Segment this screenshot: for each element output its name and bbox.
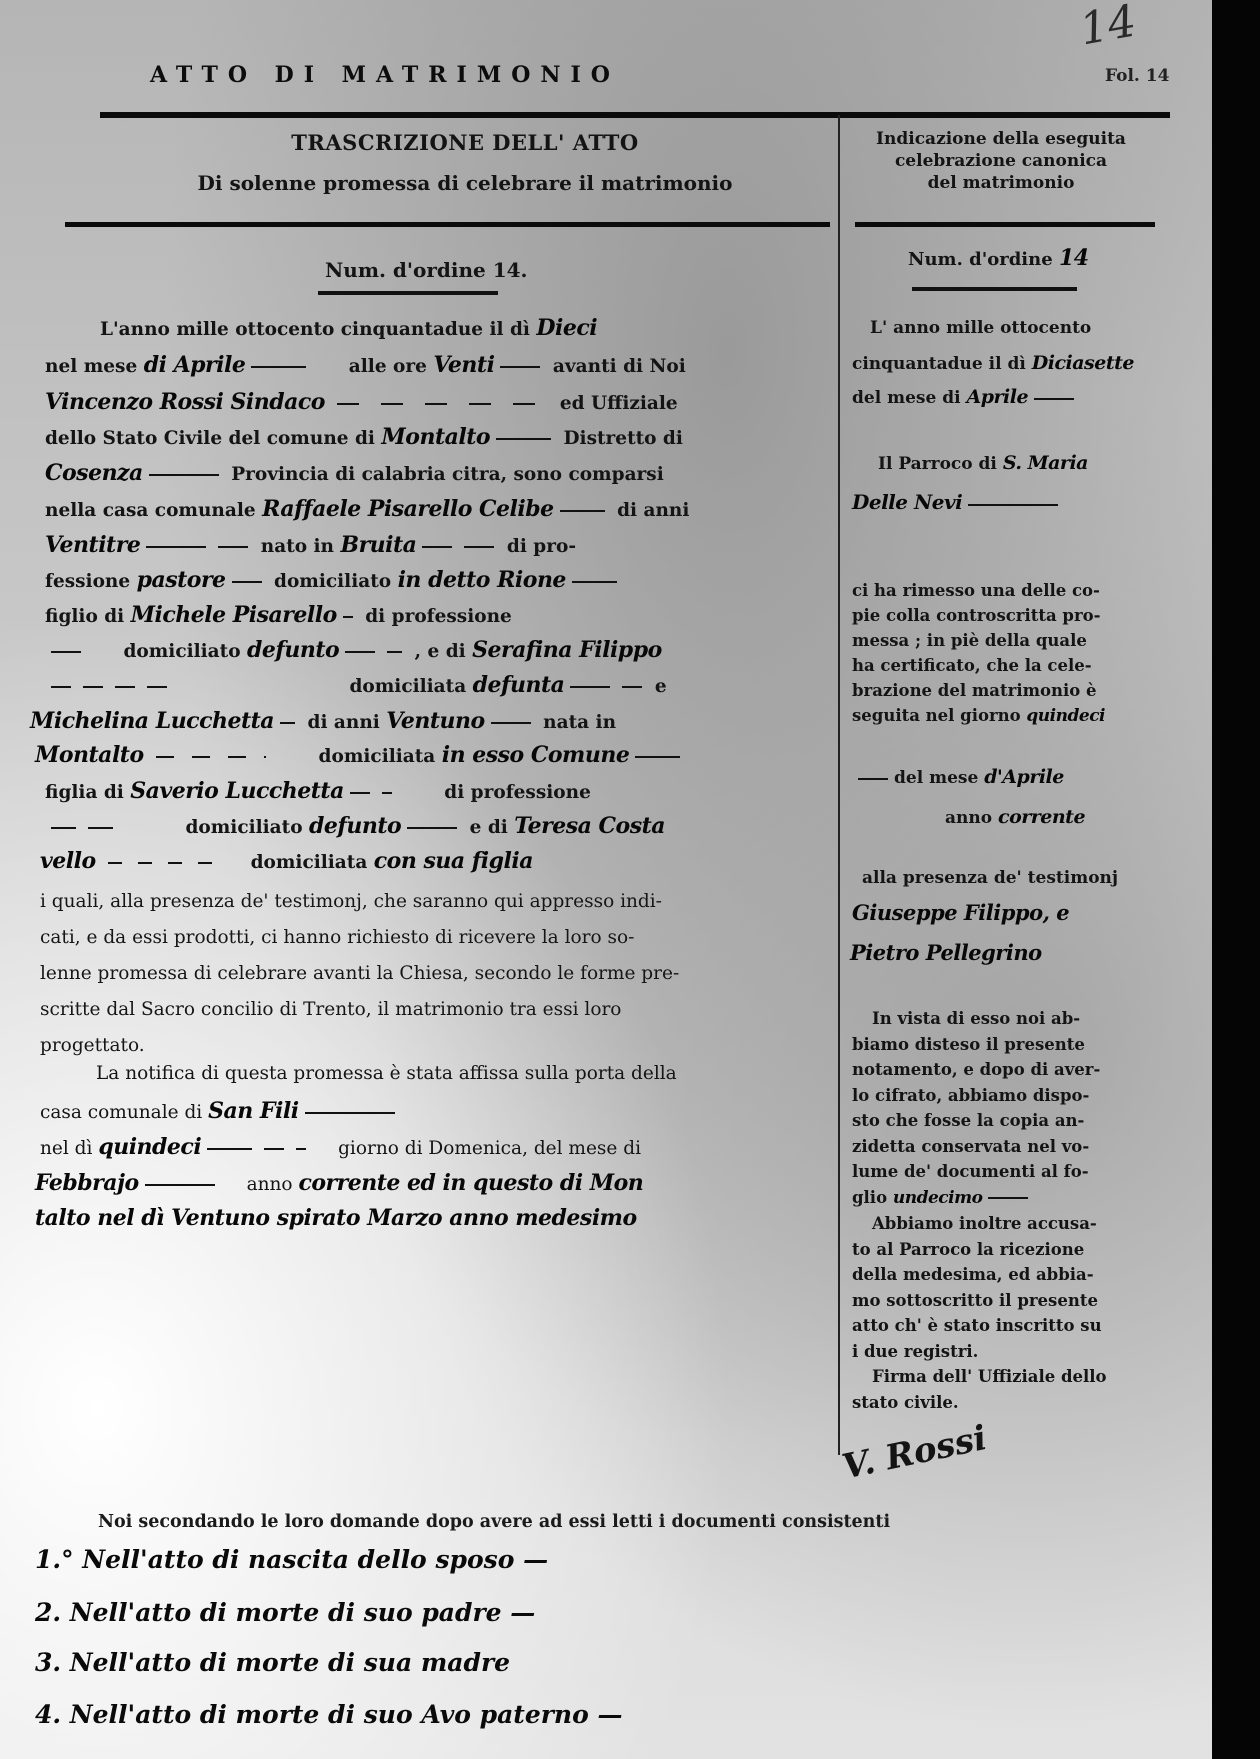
document-title: ATTO DI MATRIMONIO (150, 62, 620, 88)
handwritten-bride-residence: in esso Comune (442, 742, 630, 768)
handwritten-groom-profession: pastore (137, 567, 226, 593)
left-order-number: Num. d'ordine 14. (325, 258, 528, 282)
right-order-label: Num. d'ordine (908, 249, 1053, 270)
printed-text: domiciliata (319, 746, 436, 767)
paragraph-line: stato civile. (852, 1390, 1152, 1416)
right-order-number: Num. d'ordine 14 (908, 245, 1089, 271)
right-line-anno: anno corrente (945, 806, 1085, 828)
handwritten-celebration-month: Aprile (966, 386, 1028, 408)
paragraph-line: glio undecimo (852, 1185, 1152, 1212)
record-line-4: dello Stato Civile del comune di Montalt… (45, 424, 683, 450)
scan-border (1212, 0, 1260, 1759)
handwritten-witness-1: Giuseppe Filippo, e (852, 900, 1069, 925)
right-column-header: Indicazione della eseguita celebrazione … (846, 128, 1156, 194)
paragraph-line: notamento, e dopo di aver- (852, 1057, 1152, 1083)
printed-text: figlia di (45, 782, 124, 803)
document-item-1: 1.° Nell'atto di nascita dello sposo — (35, 1545, 548, 1574)
right-heading-line-2: celebrazione canonica (846, 150, 1156, 172)
printed-text: e di (470, 817, 508, 838)
printed-text: di professione (365, 606, 512, 627)
paragraph-line: scritte dal Sacro concilio di Trento, il… (40, 992, 830, 1028)
printed-text: domiciliato (123, 641, 240, 662)
printed-text: del mese di (852, 388, 961, 408)
handwritten-groom-birthplace: Bruita (340, 532, 416, 558)
printed-text: di anni (617, 500, 689, 521)
printed-text: dello Stato Civile del comune di (45, 428, 375, 449)
handwritten-folio: undecimo (893, 1188, 983, 1208)
printed-text: nato in (261, 536, 334, 557)
paragraph-line: ha certificato, che la cele- (852, 653, 1152, 678)
handwritten-celebration-day: Diciasette (1032, 352, 1134, 374)
printed-text: nel dì (40, 1138, 92, 1159)
handwritten-official: Vincenzo Rossi Sindaco (45, 389, 325, 415)
printed-text: alle ore (349, 356, 427, 377)
handwritten-rite-month: d'Aprile (984, 766, 1064, 788)
printed-text: domiciliata (251, 852, 368, 873)
column-divider (838, 115, 840, 1455)
right-line-2: cinquantadue il dì Diciasette (852, 352, 1134, 374)
right-order-value: 14 (1059, 245, 1089, 271)
printed-text: domiciliata (349, 676, 466, 697)
record-line-1: L'anno mille ottocento cinquantadue il d… (72, 315, 597, 341)
paragraph-line: cati, e da essi prodotti, ci hanno richi… (40, 920, 830, 956)
right-line-mese: del mese d'Aprile (852, 766, 1064, 788)
printed-text: , e di (415, 641, 466, 662)
right-heading-line-1: Indicazione della eseguita (846, 128, 1156, 150)
document-item-3: 3. Nell'atto di morte di sua madre (35, 1648, 510, 1677)
paragraph-line: lume de' documenti al fo- (852, 1159, 1152, 1185)
left-order-rule (318, 291, 498, 295)
paragraph-line: progettato. (40, 1028, 830, 1064)
record-line-2: nel mese di Aprile alle ore Venti avanti… (45, 352, 686, 378)
handwritten-bride-birthplace: Montalto (35, 742, 144, 768)
paragraph-line: messa ; in piè della quale (852, 628, 1152, 653)
paragraph-line: pie colla controscritta pro- (852, 603, 1152, 628)
paragraph-line: In vista di esso noi ab- (852, 1006, 1152, 1032)
paragraph-line: biamo disteso il presente (852, 1032, 1152, 1058)
handwritten-groom-mother: Serafina Filippo (472, 637, 662, 663)
record-line-15: domiciliato defunto e di Teresa Costa (45, 813, 665, 839)
record-line-16: vello domiciliata con sua figlia (40, 848, 533, 874)
right-paragraph-2: In vista di esso noi ab- biamo disteso i… (852, 1006, 1152, 1415)
handwritten-groom-father: Michele Pisarello (131, 602, 337, 628)
handwritten-mother-surname-end: vello (40, 848, 96, 874)
printed-text: domiciliato (274, 571, 391, 592)
printed-text: avanti di Noi (553, 356, 686, 377)
handwritten-notice-place: San Fili (208, 1098, 299, 1124)
record-line-6: nella casa comunale Raffaele Pisarello C… (45, 496, 689, 522)
record-line-7: Ventitre nato in Bruita di pro- (45, 532, 576, 558)
printed-text: di professione (444, 782, 591, 803)
handwritten-hour: Venti (433, 352, 494, 378)
printed-text: Provincia di calabria citra, sono compar… (231, 464, 663, 485)
printed-text: nel mese (45, 356, 137, 377)
right-paragraph-1: ci ha rimesso una delle co- pie colla co… (852, 578, 1152, 729)
right-section-rule (855, 222, 1155, 227)
handwritten-bride-name: Michelina Lucchetta (30, 708, 274, 734)
paragraph-line: Firma dell' Uffiziale dello (852, 1364, 1152, 1390)
handwritten-groom-name: Raffaele Pisarello Celibe (262, 496, 554, 522)
paragraph-line: sto che fosse la copia an- (852, 1108, 1152, 1134)
handwritten-comune: Montalto (381, 424, 490, 450)
right-line-1: L' anno mille ottocento (870, 318, 1091, 338)
right-line-4: Il Parroco di S. Maria (878, 452, 1088, 474)
section-subheading: Di solenne promessa di celebrare il matr… (100, 171, 830, 195)
printed-text: ed Uffiziale (560, 393, 678, 414)
document-item-2: 2. Nell'atto di morte di suo padre — (35, 1598, 535, 1627)
printed-text: anno (945, 808, 992, 828)
printed-text: fessione (45, 571, 130, 592)
paragraph-line: della medesima, ed abbia- (852, 1262, 1152, 1288)
handwritten-bride-age: Ventuno (386, 708, 484, 734)
top-rule (100, 112, 1170, 118)
paragraph-line: lenne promessa di celebrare avanti la Ch… (40, 956, 830, 992)
left-section-rule (65, 222, 830, 227)
notice-line-1: La notifica di questa promessa è stata a… (96, 1063, 677, 1084)
printed-text: di anni (308, 712, 380, 733)
printed-text: anno (247, 1174, 293, 1195)
paragraph-line: mo sottoscritto il presente (852, 1288, 1152, 1314)
scanned-page: 14 ATTO DI MATRIMONIO Fol. 14 TRASCRIZIO… (0, 0, 1212, 1759)
handwritten-parish: S. Maria (1003, 452, 1088, 474)
handwritten-bride-father-status: defunto (309, 813, 401, 839)
handwritten-witness-2: Pietro Pellegrino (850, 940, 1042, 965)
notice-line-2: casa comunale di San Fili (40, 1098, 401, 1124)
record-line-12: Michelina Lucchetta di anni Ventuno nata… (30, 708, 616, 734)
section-heading: TRASCRIZIONE DELL' ATTO (100, 130, 830, 155)
right-witness-2: Pietro Pellegrino (850, 940, 1042, 965)
paragraph-line: Abbiamo inoltre accusa- (852, 1211, 1152, 1237)
record-line-5: Cosenza Provincia di calabria citra, son… (45, 460, 664, 486)
record-line-13: Montalto domiciliata in esso Comune (35, 742, 686, 768)
printed-text: nata in (543, 712, 616, 733)
right-line-5: Delle Nevi (852, 490, 1064, 514)
right-witness-1: Giuseppe Filippo, e (852, 900, 1069, 925)
handwritten-rite-year: corrente (998, 806, 1085, 828)
printed-text: nella casa comunale (45, 500, 256, 521)
handwritten-groom-age: Ventitre (45, 532, 140, 558)
handwritten-bride-mother: Teresa Costa (514, 813, 665, 839)
printed-text: di pro- (507, 536, 576, 557)
printed-text: glio (852, 1188, 887, 1207)
handwritten-bride-father: Saverio Lucchetta (130, 778, 344, 804)
handwritten-notice-month: Febbrajo (35, 1170, 139, 1196)
handwritten-notice-day: quindeci (98, 1134, 201, 1160)
record-line-10: domiciliato defunto , e di Serafina Fili… (45, 637, 662, 663)
handwritten-district: Cosenza (45, 460, 143, 486)
handwritten-notice-year: corrente ed in questo di Mon (298, 1170, 643, 1196)
printed-text: Distretto di (564, 428, 683, 449)
handwritten-day: Dieci (536, 315, 597, 341)
printed-text: del mese (894, 768, 978, 788)
paragraph-line: brazione del matrimonio è (852, 678, 1152, 703)
record-line-8: fessione pastore domiciliato in detto Ri… (45, 567, 623, 593)
handwritten-mother-status: defunta (473, 672, 565, 698)
record-line-3: Vincenzo Rossi Sindaco ed Uffiziale (45, 389, 678, 415)
right-witness-label: alla presenza de' testimonj (862, 868, 1118, 888)
record-line-9: figlio di Michele Pisarello di professio… (45, 602, 512, 628)
notice-line-4: Febbrajo anno corrente ed in questo di M… (35, 1170, 643, 1196)
handwritten-month: di Aprile (144, 352, 246, 378)
paragraph-line: zidetta conservata nel vo- (852, 1134, 1152, 1160)
promise-paragraph: i quali, alla presenza de' testimonj, ch… (40, 884, 830, 1064)
printed-text: domiciliato (185, 817, 302, 838)
handwritten-notice-continuation: talto nel dì Ventuno spirato Marzo anno … (35, 1205, 637, 1231)
handwritten-groom-residence: in detto Rione (398, 567, 566, 593)
printed-text: giorno di Domenica, del mese di (338, 1138, 641, 1159)
notice-line-5: talto nel dì Ventuno spirato Marzo anno … (35, 1205, 637, 1231)
left-column-header: TRASCRIZIONE DELL' ATTO Di solenne prome… (100, 130, 830, 195)
handwritten-father-status: defunto (247, 637, 339, 663)
printed-text: figlio di (45, 606, 124, 627)
notice-line-3: nel dì quindeci giorno di Domenica, del … (40, 1134, 641, 1160)
paragraph-line: seguita nel giorno quindeci (852, 703, 1152, 729)
printed-text: casa comunale di (40, 1102, 202, 1123)
record-line-11: domiciliata defunta e (45, 672, 667, 698)
right-line-3: del mese di Aprile (852, 386, 1080, 408)
documents-lead: Noi secondando le loro domande dopo aver… (98, 1512, 890, 1532)
record-line-14: figlia di Saverio Lucchetta di professio… (45, 778, 591, 804)
printed-text: cinquantadue il dì (852, 354, 1026, 374)
printed-text: e (655, 676, 667, 697)
handwritten-mother-residence: con sua figlia (374, 848, 533, 874)
paragraph-line: to al Parroco la ricezione (852, 1237, 1152, 1263)
folio-label: Fol. 14 (1105, 66, 1169, 86)
right-order-rule (912, 287, 1077, 291)
official-signature: V. Rossi (839, 1418, 990, 1488)
paragraph-line: lo cifrato, abbiamo dispo- (852, 1083, 1152, 1109)
handwritten-rite-day: quindeci (1026, 706, 1105, 726)
printed-text: Il Parroco di (878, 454, 997, 474)
paragraph-line: atto ch' è stato inscritto su (852, 1313, 1152, 1339)
paragraph-line: i quali, alla presenza de' testimonj, ch… (40, 884, 830, 920)
handwritten-parish-cont: Delle Nevi (852, 490, 962, 514)
printed-text: L'anno mille ottocento cinquantadue il d… (100, 319, 530, 340)
right-heading-line-3: del matrimonio (846, 172, 1156, 194)
document-item-4: 4. Nell'atto di morte di suo Avo paterno… (35, 1700, 622, 1729)
top-right-mark: 14 (1076, 0, 1140, 55)
paragraph-line: ci ha rimesso una delle co- (852, 578, 1152, 603)
printed-text: seguita nel giorno (852, 706, 1021, 725)
paragraph-line: i due registri. (852, 1339, 1152, 1365)
